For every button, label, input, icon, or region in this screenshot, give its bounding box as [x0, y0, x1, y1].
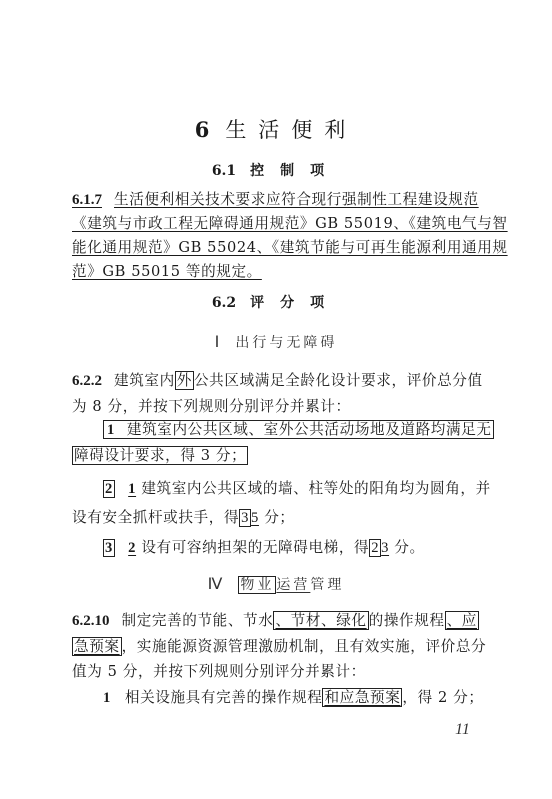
item-1-line-1: 1建筑室内公共区域、室外公共活动场地及道路均满足无: [103, 420, 494, 440]
item-text: 建筑室内公共区域的墙、柱等处的阳角均为圆角，并: [141, 480, 490, 497]
subsection-title-text: 出行与无障碍: [235, 335, 337, 351]
inserted-item-number: 3: [103, 539, 115, 557]
clause-6-2-2-line-2: 为 8 分，并按下列规则分别评分并累计：: [72, 397, 351, 417]
item-3-line-1: 3 2 设有可容纳担架的无障碍电梯，得23 分。: [103, 538, 425, 558]
clause-6-1-7-line-4: 范》GB 55015 等的规定。: [72, 262, 262, 282]
item-text: 分。: [389, 539, 425, 556]
clause-text: 的操作规程: [369, 612, 445, 629]
item-number: 1: [103, 690, 111, 706]
boxed-value: 3: [239, 509, 251, 527]
clause-6-2-10-line-3: 值为 5 分，并按下列规则分别评分并累计：: [72, 662, 366, 682]
page-number: 11: [455, 721, 470, 739]
boxed-value: 2: [369, 539, 381, 557]
old-item-number: 1: [128, 481, 136, 497]
clause-6-1-7-line-2: 《建筑与市政工程无障碍通用规范》GB 55019、《建筑电气与智: [72, 214, 508, 234]
section-title-6-2: 6.2评分项: [0, 292, 552, 312]
item-1-line-2: 障碍设计要求，得 3 分；: [72, 446, 248, 466]
clause-number: 6.1.7: [72, 192, 102, 208]
item-text: 分；: [259, 509, 295, 526]
clause-6-1-7-line-1: 6.1.7生活便利相关技术要求应符合现行强制性工程建设规范: [72, 190, 479, 210]
roman-numeral: Ⅳ: [208, 576, 223, 593]
item-text: 建筑室内公共区域、室外公共活动场地及道路均满足无: [127, 421, 492, 438]
item-number: 1: [107, 422, 115, 438]
section-number: 6.1: [212, 163, 236, 179]
item-text: 设有可容纳担架的无障碍电梯，得: [141, 539, 369, 556]
section-title-text: 评分项: [250, 295, 340, 311]
clause-text: 公共区域满足全龄化设计要求，评价总分值: [194, 372, 483, 389]
clause-6-2-10-line-2: 急预案，实施能源资源管理激励机制，且有效实施，评价总分: [72, 637, 486, 657]
clause-6-2-10-line-1: 6.2.10制定完善的节能、节水、节材、绿化的操作规程、应: [72, 611, 479, 631]
clause-text: 《建筑与市政工程无障碍通用规范》GB 55019、《建筑电气与智: [72, 215, 508, 232]
old-item-number: 2: [128, 540, 136, 556]
clause-text: 能化通用规范》GB 55024、《建筑节能与可再生能源利用通用规: [72, 239, 508, 256]
item-text: 相关设施具有完善的操作规程: [125, 689, 323, 706]
roman-numeral: Ⅰ: [215, 334, 220, 351]
clause-number: 6.2.10: [72, 613, 110, 629]
subsection-title-I: Ⅰ出行与无障碍: [0, 332, 552, 352]
clause-6-2-10-item-1: 1相关设施具有完善的操作规程和应急预案，得 2 分；: [103, 688, 484, 708]
boxed-insertion: 和应急预案: [322, 688, 402, 707]
boxed-title-part: 物业: [238, 576, 276, 594]
clause-text: ，实施能源资源管理激励机制，且有效实施，评价总分: [122, 638, 487, 655]
chapter-title: 6生活便利: [0, 114, 552, 144]
boxed-insertion: 急预案: [72, 637, 122, 656]
clause-6-2-2-line-1: 6.2.2建筑室内外公共区域满足全龄化设计要求，评价总分值: [72, 371, 483, 391]
subsection-title-IV: Ⅳ物业运营管理: [0, 574, 552, 594]
underlined-value: 5: [251, 510, 259, 526]
document-page: 6生活便利 6.1控制项 6.1.7生活便利相关技术要求应符合现行强制性工程建设…: [0, 0, 552, 799]
boxed-insertion: 、应: [445, 611, 479, 630]
item-2-line-1: 2 1 建筑室内公共区域的墙、柱等处的阳角均为圆角，并: [103, 479, 491, 499]
underlined-value: 3: [381, 540, 389, 556]
item-2-line-2: 设有安全抓杆或扶手，得35 分；: [72, 508, 295, 528]
subsection-title-text: 管理: [310, 577, 344, 593]
clause-text: 制定完善的节能、节水: [122, 612, 274, 629]
clause-text: 为 8 分，并按下列规则分别评分并累计：: [72, 398, 351, 415]
clause-text: 范》GB 55015 等的规定。: [72, 263, 262, 280]
chapter-title-text: 生活便利: [225, 118, 357, 142]
inserted-item-number: 2: [103, 480, 115, 498]
section-title-text: 控制项: [250, 163, 340, 179]
boxed-deletion: 外: [175, 371, 194, 390]
clause-text: 建筑室内: [114, 372, 175, 389]
section-title-6-1: 6.1控制项: [0, 160, 552, 180]
section-number: 6.2: [212, 295, 236, 311]
clause-6-1-7-line-3: 能化通用规范》GB 55024、《建筑节能与可再生能源利用通用规: [72, 238, 508, 258]
item-text: 设有安全抓杆或扶手，得: [72, 509, 239, 526]
item-text: ，得 2 分；: [402, 689, 483, 706]
boxed-insertion: 、节材、绿化: [273, 611, 368, 630]
clause-text: 生活便利相关技术要求应符合现行强制性工程建设规范: [114, 191, 479, 208]
underlined-title-part: 运营: [276, 577, 310, 593]
clause-number: 6.2.2: [72, 373, 102, 389]
chapter-number: 6: [195, 117, 210, 142]
clause-text: 值为 5 分，并按下列规则分别评分并累计：: [72, 663, 366, 680]
item-text: 障碍设计要求，得 3 分；: [72, 446, 248, 465]
